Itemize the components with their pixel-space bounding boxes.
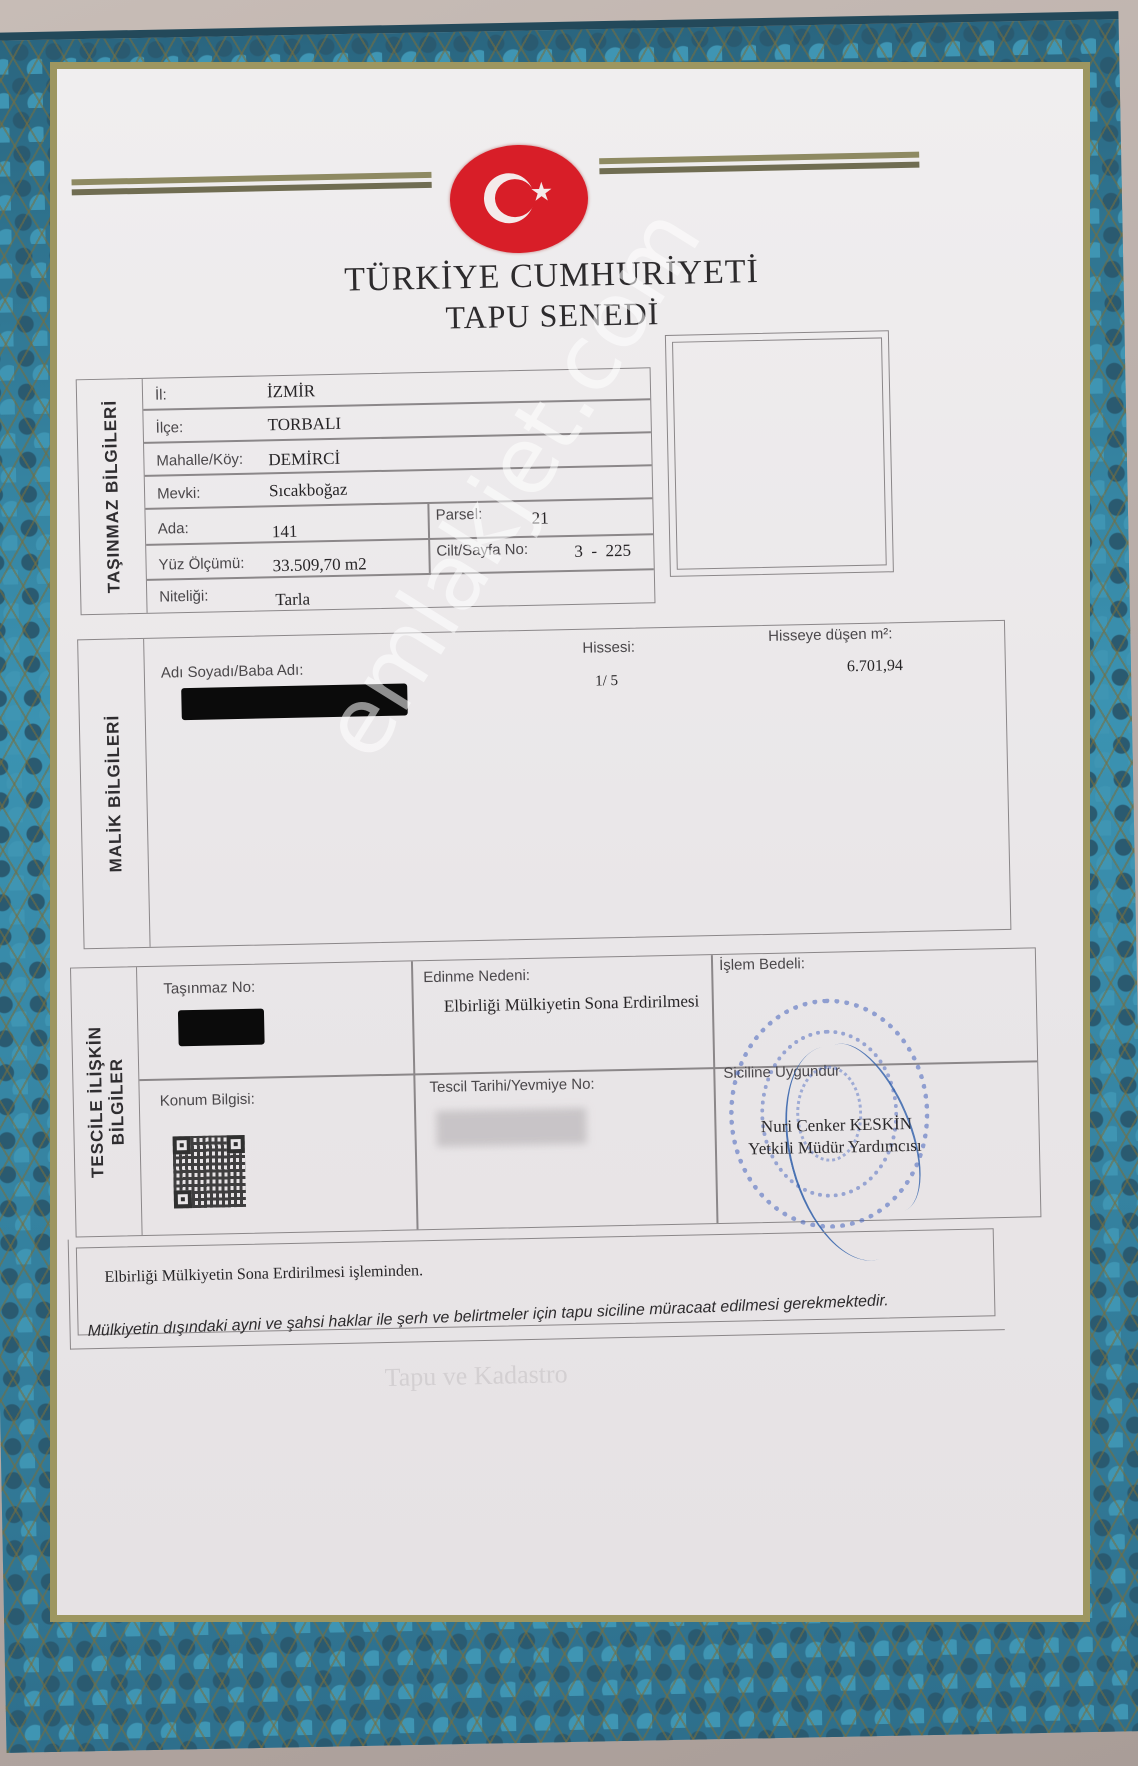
decorative-band-right <box>599 152 919 179</box>
property-number-label: Taşınmaz No: <box>163 979 255 998</box>
ghost-print-text: Tapu ve Kadastro <box>384 1359 568 1393</box>
property-info-label: TAŞINMAZ BİLGİLERİ <box>77 379 148 614</box>
mevki-label: Mevki: <box>157 485 201 503</box>
location-qr-code-icon[interactable] <box>173 1135 246 1208</box>
owner-name-label: Adı Soyadı/Baba Adı: <box>161 662 304 682</box>
yuz-olcumu-label: Yüz Ölçümü: <box>158 555 244 574</box>
registration-date-label: Tescil Tarihi/Yevmiye No: <box>429 1076 594 1096</box>
ada-label: Ada: <box>158 520 189 538</box>
ilce-value: TORBALI <box>267 414 341 436</box>
decorative-band-left <box>71 172 431 200</box>
owner-info-label: MALİK BİLGİLERİ <box>78 639 150 948</box>
crescent-icon <box>483 173 534 224</box>
star-icon: ★ <box>530 178 554 204</box>
property-number-redacted <box>178 1009 265 1047</box>
il-label: İl: <box>155 386 167 403</box>
turkish-flag-emblem-icon: ★ <box>449 144 589 255</box>
yuz-olcumu-value: 33.509,70 m2 <box>272 554 366 576</box>
mahalle-label: Mahalle/Köy: <box>156 451 243 470</box>
share-area-value: 6.701,94 <box>847 657 903 676</box>
niteligi-value: Tarla <box>275 589 310 610</box>
ilce-label: İlçe: <box>156 419 184 437</box>
ada-value: 141 <box>272 522 298 543</box>
niteligi-label: Niteliği: <box>159 588 209 606</box>
share-label: Hissesi: <box>582 639 635 657</box>
il-value: İZMİR <box>267 381 316 402</box>
mahalle-value: DEMİRCİ <box>268 449 340 470</box>
photo-placeholder-box <box>665 330 894 577</box>
registration-info-label: TESCİLE İLİŞKİNBİLGİLER <box>71 967 143 1236</box>
share-area-label: Hisseye düşen m²: <box>768 625 893 645</box>
owner-info-section: MALİK BİLGİLERİ Adı Soyadı/Baba Adı: His… <box>77 620 1011 949</box>
share-value: 1/ 5 <box>595 673 618 690</box>
transaction-fee-label: İşlem Bedeli: <box>719 955 805 974</box>
acquisition-reason-value: Elbirliği Mülkiyetin Sona Erdirilmesi <box>444 991 700 1016</box>
mevki-value: Sıcakboğaz <box>269 480 348 502</box>
cilt-sayfa-value: 3 - 225 <box>574 541 631 562</box>
acquisition-reason-label: Edinme Nedeni: <box>423 967 530 986</box>
location-info-label: Konum Bilgisi: <box>160 1091 255 1110</box>
registration-date-blurred <box>436 1108 587 1147</box>
